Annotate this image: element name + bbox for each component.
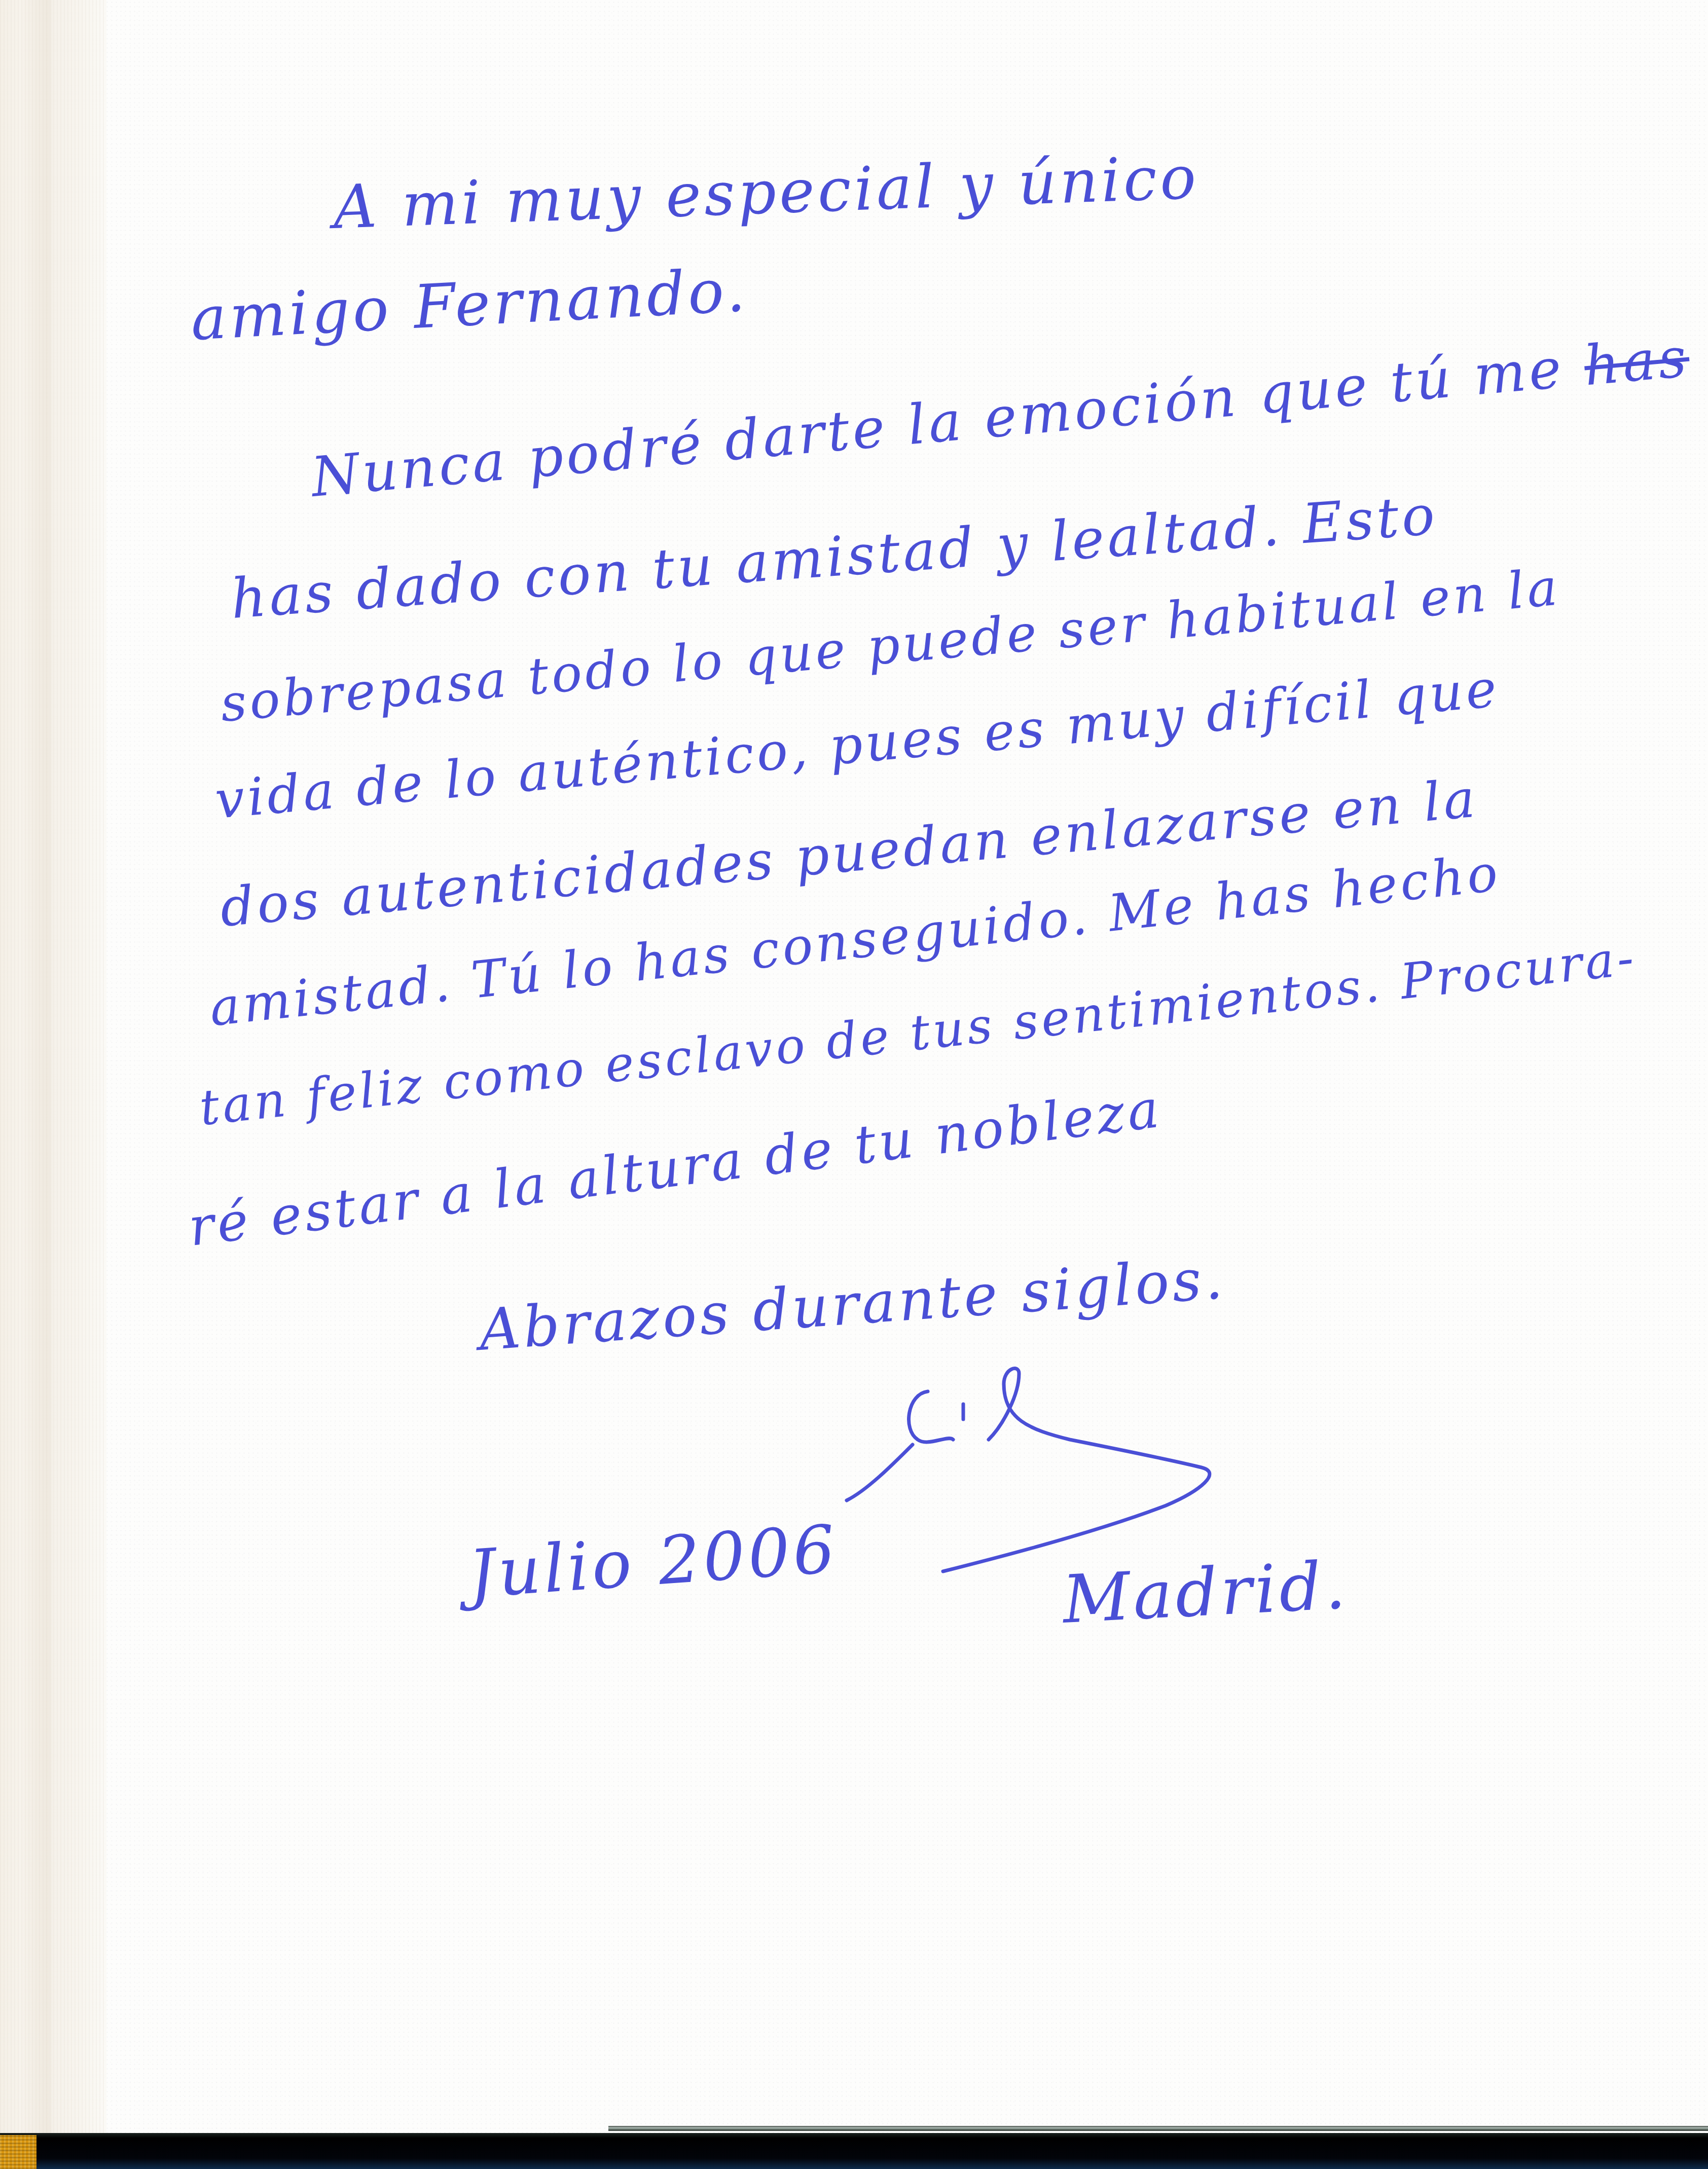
closing-line: Abrazos durante siglos. [477,1245,1227,1364]
body-line-3: Nunca podré darte la emoción que tú me h… [309,326,1692,509]
salutation-line-2: amigo Fernando. [189,255,750,354]
book-binding-gutter [0,0,106,2133]
body-line-3-text: Nunca podré darte la emoción que tú me [309,337,1567,509]
signature-scribble-icon [837,1364,1293,1576]
scanner-background-edge [0,2133,1708,2169]
date-text: Julio 2006 [466,1510,840,1613]
bookmark-ribbon [0,2135,37,2169]
salutation-line-1: A mi muy especial y único [332,142,1200,242]
letter-page: A mi muy especial y único amigo Fernando… [0,0,1708,2133]
crossed-out-word: has [1582,326,1692,398]
place-text: Madrid. [1061,1547,1350,1638]
page-edge-shadow [608,2126,1708,2131]
